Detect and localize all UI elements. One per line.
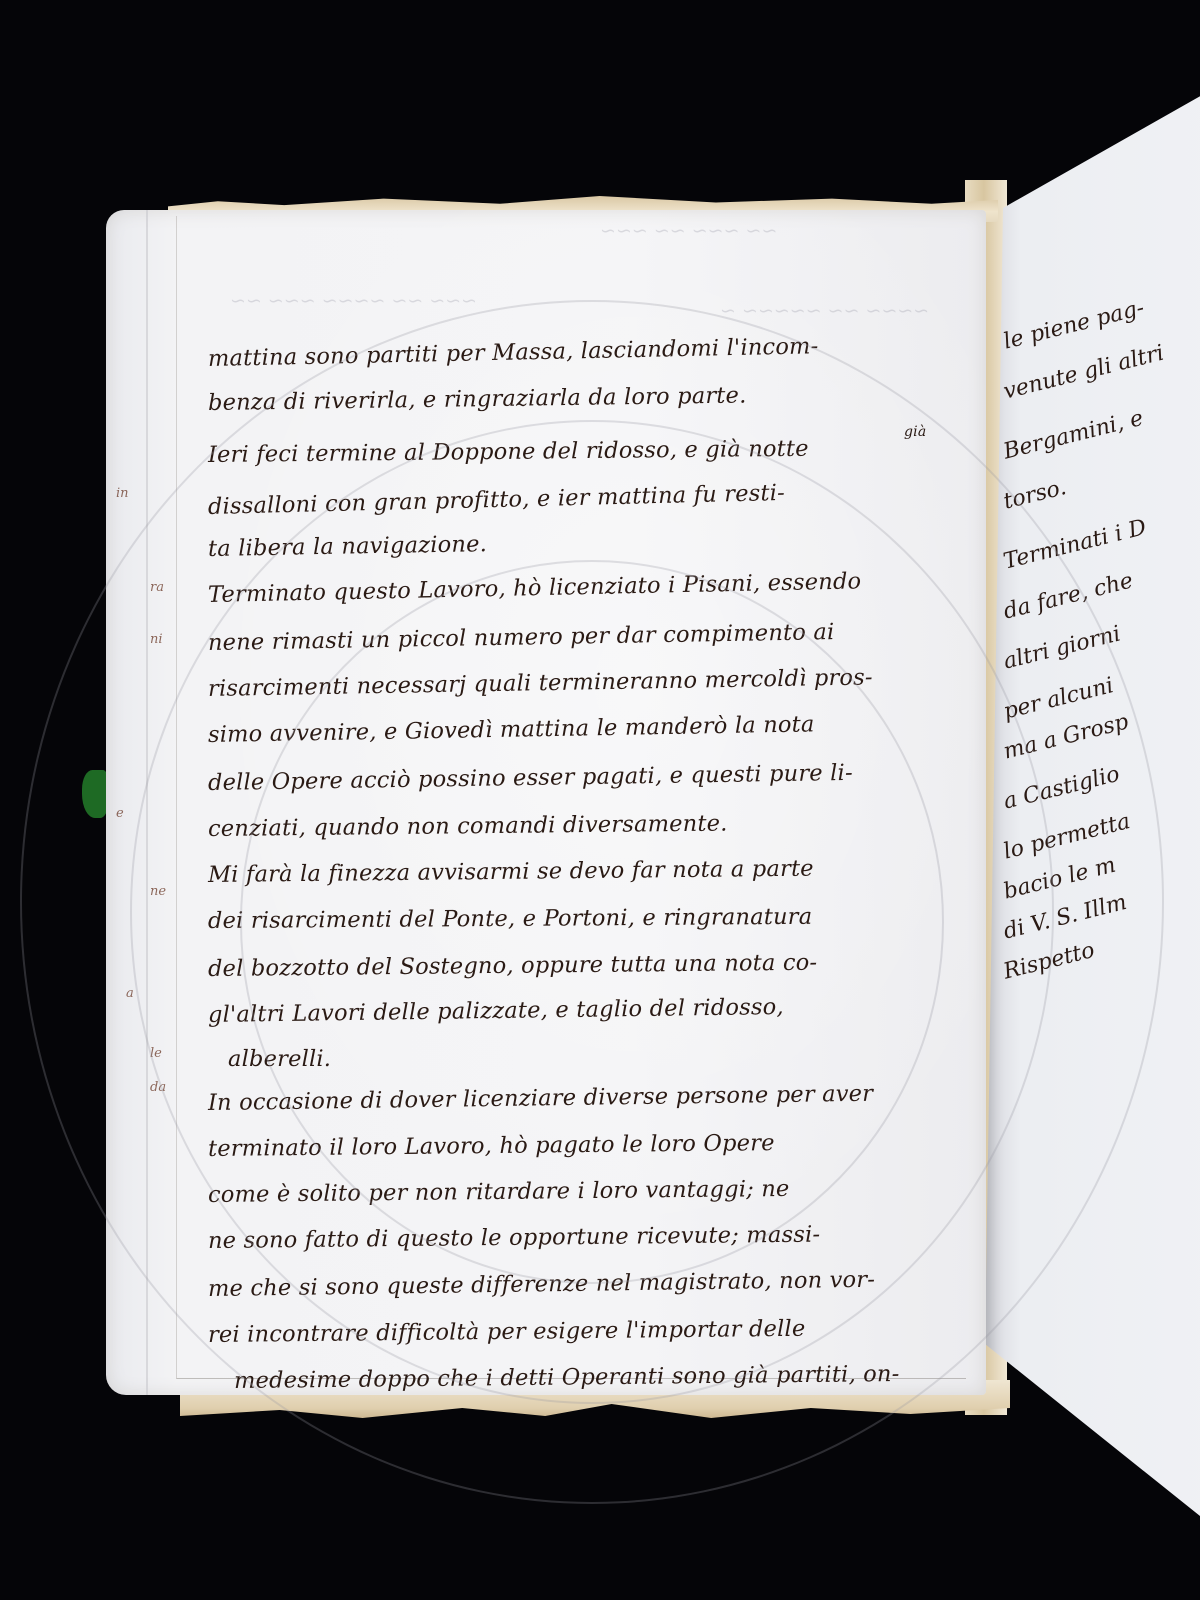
text-line: dei risarcimenti del Ponte, e Portoni, e… — [208, 904, 812, 934]
margin-mark: ra — [150, 580, 164, 595]
bleed-through-text: ~~~ ~~ ~~~~ ~~~ ~~ — [230, 290, 477, 312]
margin-mark: da — [150, 1080, 166, 1095]
bleed-through-text: ~~~~ ~~ ~~~~~ ~ — [720, 300, 929, 322]
superscript-correction: già — [904, 424, 926, 440]
text-line: alberelli. — [228, 1046, 331, 1072]
text-line: ta libera la navigazione. — [208, 531, 487, 562]
margin-mark: le — [150, 1046, 162, 1061]
bleed-through-text: ~~ ~~~ ~~ ~~~ — [600, 220, 777, 242]
green-binding-thread — [82, 770, 108, 818]
manuscript-photo: ~~~ ~~ ~~~~ ~~~ ~~ ~~~~ ~~ ~~~~~ ~ ~~ ~~… — [0, 0, 1200, 1600]
margin-mark: in — [116, 486, 129, 501]
page-fold — [146, 210, 148, 1395]
margin-mark: ni — [150, 632, 163, 647]
margin-mark: ne — [150, 884, 166, 899]
margin-mark: a — [126, 986, 134, 1001]
margin-mark: e — [116, 806, 124, 821]
text-line: cenziati, quando non comandi diversament… — [208, 811, 728, 842]
